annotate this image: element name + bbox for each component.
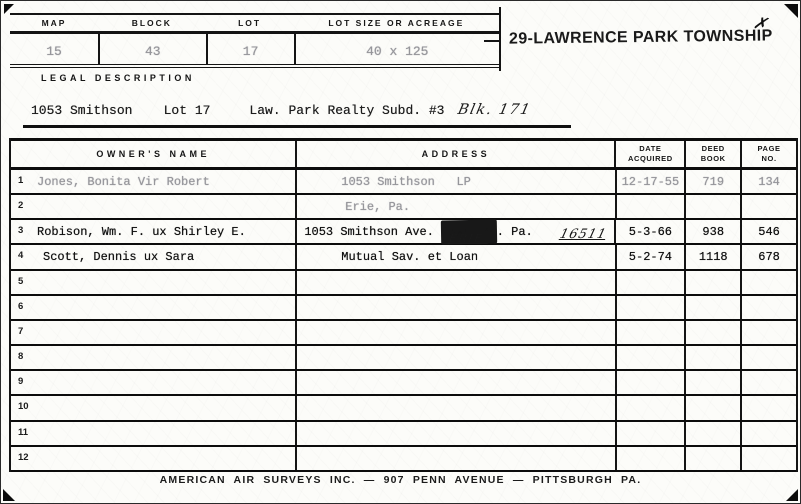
- row-number: 12: [18, 452, 29, 463]
- date-acquired-cell: [615, 422, 685, 445]
- date-acquired-cell: [615, 296, 685, 319]
- deed-book-value: 1118: [699, 250, 728, 264]
- table-row-12: 12: [11, 447, 796, 472]
- deed-book-cell: [684, 447, 740, 470]
- table-row-3: 3 Robison, Wm. F. ux Shirley E. 1053 Smi…: [11, 220, 796, 245]
- date-acquired-cell: [615, 321, 685, 344]
- deed-book-header: DEED BOOK: [684, 141, 740, 167]
- owner-cell: 6: [11, 296, 295, 319]
- owner-cell: 4 Scott, Dennis ux Sara: [11, 245, 295, 268]
- owner-cell: 5: [11, 271, 295, 294]
- row-number: 4: [18, 250, 23, 261]
- table-row-1: 1 Jones, Bonita Vir Robert 1053 Smithson…: [11, 170, 796, 195]
- date-acquired-cell: [615, 371, 685, 394]
- row-number: 6: [18, 301, 23, 312]
- handwritten-zip-code: 16511: [558, 227, 608, 242]
- page-no-value: 678: [758, 250, 780, 264]
- owner-name: Scott, Dennis ux Sara: [43, 250, 194, 264]
- date-acquired-cell: 12-17-55: [615, 170, 685, 193]
- deed-book-cell: [684, 371, 740, 394]
- owners-table-body: 1 Jones, Bonita Vir Robert 1053 Smithson…: [11, 170, 796, 472]
- date-acquired-value: 12-17-55: [622, 175, 680, 189]
- owner-cell: 10: [11, 396, 295, 419]
- address-cell: [295, 447, 614, 470]
- owner-cell: 12: [11, 447, 295, 470]
- row-number: 3: [18, 225, 23, 236]
- page-no-cell: [740, 321, 796, 344]
- map-field-value: 15: [10, 34, 98, 64]
- date-acquired-cell: [615, 346, 685, 369]
- date-acquired-cell: [615, 447, 685, 470]
- page-no-cell: 134: [740, 170, 796, 193]
- legal-description-line: 1053 Smithson Lot 17 Law. Park Realty Su…: [31, 102, 531, 118]
- page-no-cell: [740, 195, 796, 218]
- corner-mark-top-right-icon: [784, 4, 798, 18]
- deed-book-cell: 938: [684, 220, 740, 243]
- owner-cell: 9: [11, 371, 295, 394]
- legal-description-label: LEGAL DESCRIPTION: [41, 73, 195, 83]
- address-cell: [295, 296, 614, 319]
- deed-header-line2: BOOK: [686, 154, 740, 164]
- parcel-fields-header: MAP BLOCK LOT LOT SIZE OR ACREAGE: [10, 13, 499, 34]
- table-row-7: 7: [11, 321, 796, 346]
- table-row-5: 5: [11, 271, 796, 296]
- table-row-8: 8: [11, 346, 796, 371]
- address-cell: Erie, Pa.: [295, 195, 614, 218]
- date-acquired-cell: [615, 396, 685, 419]
- owners-table-header: OWNER'S NAME ADDRESS DATE ACQUIRED DEED …: [11, 138, 796, 170]
- block-field-label: BLOCK: [98, 18, 206, 28]
- page-title: 29-LAWRENCE PARK TOWNSHIP: [509, 27, 773, 48]
- address-text: Mutual Sav. et Loan: [341, 250, 478, 264]
- owner-name-header: OWNER'S NAME: [11, 141, 295, 167]
- address-cell: [295, 422, 614, 445]
- page-no-cell: [740, 396, 796, 419]
- corner-mark-bottom-right-icon: [786, 489, 798, 501]
- corner-mark-bottom-left-icon: [3, 489, 15, 501]
- date-header-line2: ACQUIRED: [616, 154, 684, 164]
- deed-book-cell: [684, 422, 740, 445]
- address-cell: [295, 271, 614, 294]
- deed-book-cell: [684, 271, 740, 294]
- owners-table: OWNER'S NAME ADDRESS DATE ACQUIRED DEED …: [9, 138, 798, 472]
- address-cell: 1053 Smithson LP: [295, 170, 614, 193]
- table-row-4: 4 Scott, Dennis ux Sara Mutual Sav. et L…: [11, 245, 796, 270]
- address-cell: [295, 396, 614, 419]
- page-no-cell: 678: [740, 245, 796, 268]
- page-no-cell: [740, 346, 796, 369]
- page-no-cell: [740, 271, 796, 294]
- date-acquired-cell: 5-2-74: [615, 245, 685, 268]
- date-header-line1: DATE: [616, 144, 684, 154]
- page-header-line1: PAGE: [742, 144, 796, 154]
- address-text-suffix: . Pa.: [497, 225, 533, 239]
- address-cell: [295, 346, 614, 369]
- date-acquired-header: DATE ACQUIRED: [614, 141, 684, 167]
- page-no-cell: [740, 371, 796, 394]
- page-no-cell: [740, 296, 796, 319]
- parcel-fields-values: 15 43 17 40 x 125: [10, 34, 499, 68]
- map-field-label: MAP: [10, 18, 98, 28]
- lot-field-value: 17: [206, 34, 294, 64]
- row-number: 10: [18, 401, 29, 412]
- address-cell: 1053 Smithson Ave. Lawr. Pk. Pa. ERIE, 1…: [295, 220, 614, 243]
- table-row-9: 9: [11, 371, 796, 396]
- date-acquired-value: 5-3-66: [629, 225, 672, 239]
- handwritten-city-correction: ERIE,: [448, 232, 490, 245]
- deed-book-cell: 1118: [684, 245, 740, 268]
- row-number: 1: [18, 175, 23, 186]
- footer-imprint: AMERICAN AIR SURVEYS INC. — 907 PENN AVE…: [1, 474, 800, 486]
- owner-cell: 1 Jones, Bonita Vir Robert: [11, 170, 295, 193]
- table-row-6: 6: [11, 296, 796, 321]
- deed-book-cell: 719: [684, 170, 740, 193]
- property-record-card: MAP BLOCK LOT LOT SIZE OR ACREAGE 15 43 …: [0, 0, 801, 504]
- page-header-line2: NO.: [742, 154, 796, 164]
- address-cell: Mutual Sav. et Loan: [295, 245, 614, 268]
- lot-size-field-label: LOT SIZE OR ACREAGE: [294, 18, 499, 28]
- owner-cell: 3 Robison, Wm. F. ux Shirley E.: [11, 220, 295, 243]
- row-number: 2: [18, 200, 23, 211]
- owner-cell: 8: [11, 346, 295, 369]
- title-tick-line: [484, 40, 499, 42]
- date-acquired-cell: [615, 271, 685, 294]
- date-acquired-value: 5-2-74: [629, 250, 672, 264]
- address-cell: [295, 371, 614, 394]
- owner-cell: 11: [11, 422, 295, 445]
- row-number: 5: [18, 276, 23, 287]
- address-text: 1053 Smithson LP: [341, 175, 471, 189]
- legal-description-underline: [23, 125, 571, 128]
- row-number: 8: [18, 351, 23, 362]
- deed-book-cell: [684, 296, 740, 319]
- owner-name: Jones, Bonita Vir Robert: [37, 175, 210, 189]
- title-divider-line: [499, 7, 501, 71]
- address-text: Erie, Pa.: [345, 200, 410, 214]
- deed-header-line1: DEED: [686, 144, 740, 154]
- owner-cell: 2: [11, 195, 295, 218]
- block-field-value: 43: [98, 34, 206, 64]
- date-acquired-cell: [615, 195, 685, 218]
- address-text: 1053 Smithson Ave.: [304, 225, 441, 239]
- corner-mark-top-left-icon: [4, 4, 14, 14]
- table-row-10: 10: [11, 396, 796, 421]
- lot-size-field-value: 40 x 125: [294, 34, 499, 64]
- page-no-value: 546: [758, 225, 780, 239]
- deed-book-value: 719: [702, 175, 724, 189]
- legal-description-handwritten: Blk. 171: [457, 102, 533, 118]
- deed-book-cell: [684, 321, 740, 344]
- page-no-cell: [740, 447, 796, 470]
- deed-book-value: 938: [702, 225, 724, 239]
- page-no-cell: 546: [740, 220, 796, 243]
- page-no-cell: [740, 422, 796, 445]
- address-header-label: ADDRESS: [297, 149, 614, 159]
- owner-cell: 7: [11, 321, 295, 344]
- owner-name-header-label: OWNER'S NAME: [11, 149, 295, 159]
- address-cell: [295, 321, 614, 344]
- address-header: ADDRESS: [295, 141, 614, 167]
- page-no-value: 134: [758, 175, 780, 189]
- owner-name: Robison, Wm. F. ux Shirley E.: [37, 225, 246, 239]
- deed-book-cell: [684, 346, 740, 369]
- row-number: 11: [18, 427, 28, 438]
- page-no-header: PAGE NO.: [740, 141, 796, 167]
- legal-description-typed: 1053 Smithson Lot 17 Law. Park Realty Su…: [31, 103, 444, 118]
- lot-field-label: LOT: [206, 18, 294, 28]
- deed-book-cell: [684, 396, 740, 419]
- parcel-fields-table: MAP BLOCK LOT LOT SIZE OR ACREAGE 15 43 …: [10, 13, 499, 68]
- row-number: 9: [18, 376, 23, 387]
- date-acquired-cell: 5-3-66: [614, 220, 684, 243]
- table-row-11: 11: [11, 422, 796, 447]
- row-number: 7: [18, 326, 23, 337]
- deed-book-cell: [684, 195, 740, 218]
- table-row-2: 2 Erie, Pa.: [11, 195, 796, 220]
